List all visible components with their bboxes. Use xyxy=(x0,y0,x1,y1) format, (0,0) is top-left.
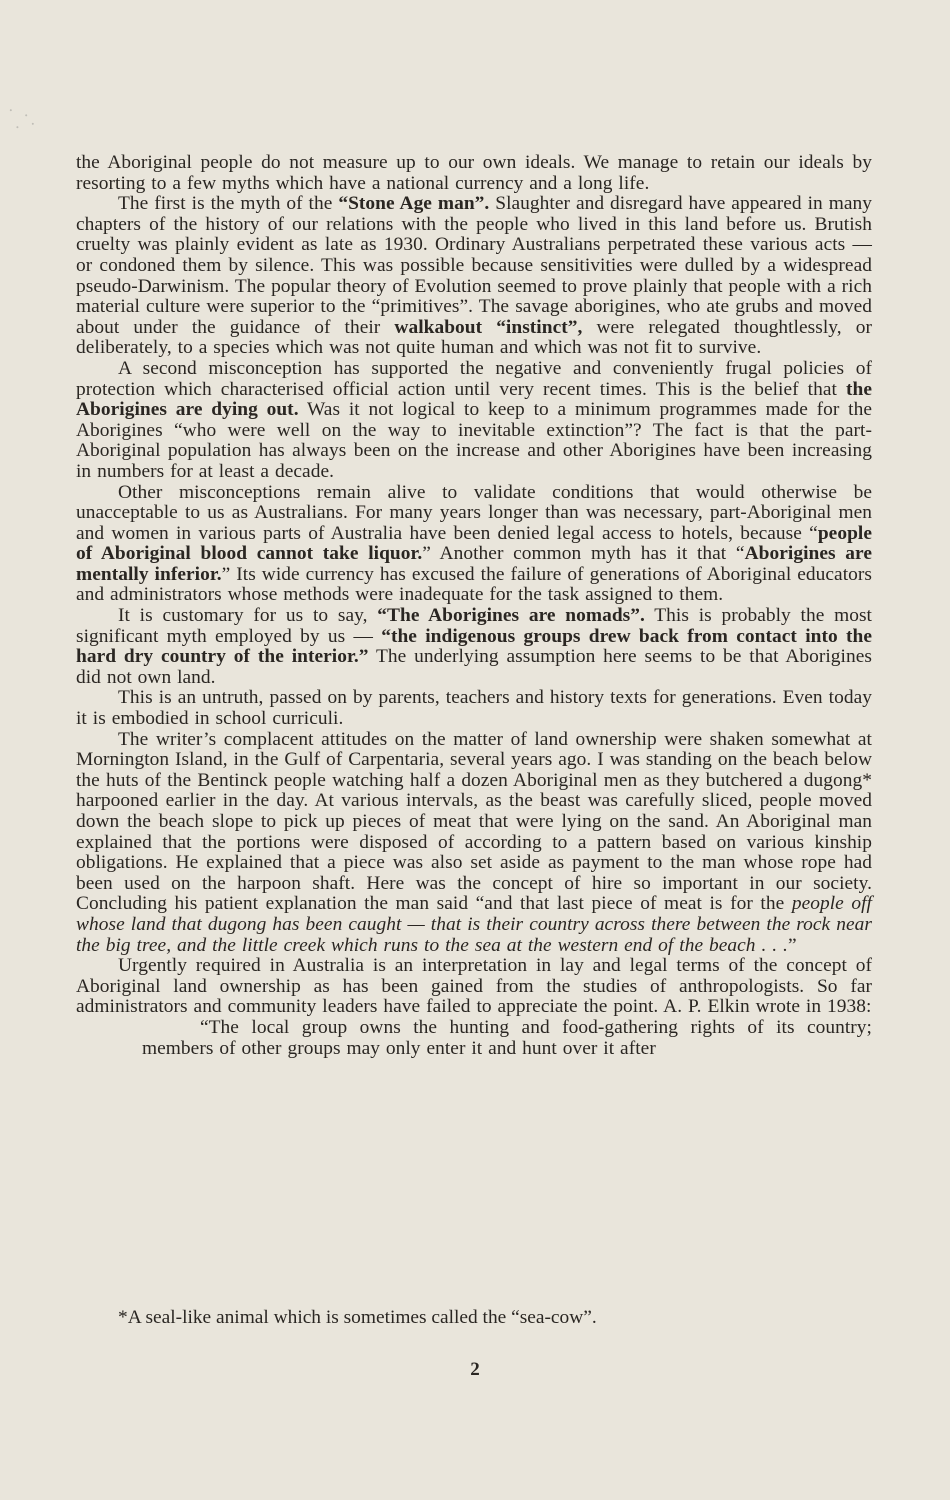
text-run: ” Another common myth has it that “ xyxy=(422,543,744,564)
paragraph: It is customary for us to say, “The Abor… xyxy=(76,606,872,688)
text-run: ” xyxy=(788,935,797,956)
paragraph: Other misconceptions remain alive to val… xyxy=(76,483,872,607)
paragraph: The writer’s complacent attitudes on the… xyxy=(76,730,872,957)
paragraph: The first is the myth of the “Stone Age … xyxy=(76,194,872,359)
block-quote: “The local group owns the hunting and fo… xyxy=(76,1018,872,1059)
text-run: The writer’s complacent attitudes on the… xyxy=(76,729,872,915)
scan-artifact xyxy=(2,100,46,134)
text-run: the Aboriginal people do not measure up … xyxy=(76,152,872,194)
bold-text: walkabout “instinct”, xyxy=(394,317,582,338)
text-run: Other misconceptions remain alive to val… xyxy=(76,482,872,544)
text-run: “The local group owns the hunting and fo… xyxy=(142,1017,872,1059)
paragraph: the Aboriginal people do not measure up … xyxy=(76,153,872,194)
text-run: It is customary for us to say, xyxy=(118,605,377,626)
bold-text: “Stone Age man”. xyxy=(338,193,489,214)
paragraph: Urgently required in Australia is an int… xyxy=(76,956,872,1018)
bold-text: “The Aborigines are nomads”. xyxy=(377,605,645,626)
paragraph: This is an untruth, passed on by parents… xyxy=(76,688,872,729)
text-run: Urgently required in Australia is an int… xyxy=(76,955,872,1017)
text-run: The first is the myth of the xyxy=(118,193,338,214)
page-body: the Aboriginal people do not measure up … xyxy=(76,153,872,1059)
text-run: This is an untruth, passed on by parents… xyxy=(76,687,872,729)
paragraph: A second misconception has supported the… xyxy=(76,359,872,483)
page-number: 2 xyxy=(0,1359,950,1381)
text-run: A second misconception has supported the… xyxy=(76,358,872,400)
footnote: *A seal-like animal which is sometimes c… xyxy=(118,1307,597,1329)
